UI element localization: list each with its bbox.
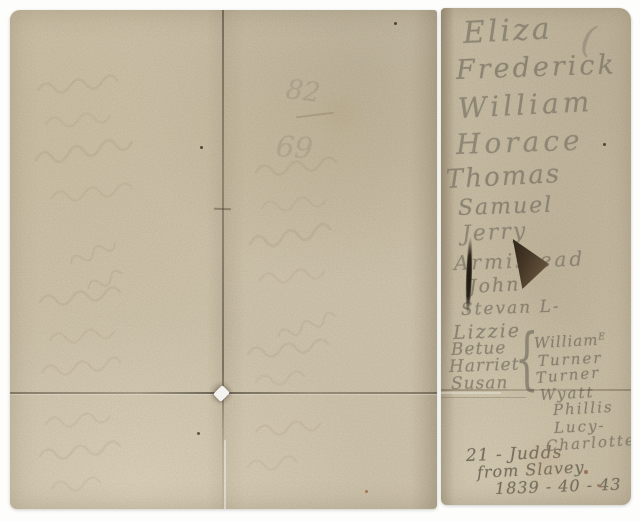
vertical-fold-light-gap: [224, 440, 226, 509]
right-panel-fold-secondary: [441, 397, 526, 398]
paper-stain: [511, 438, 581, 488]
paper-speck: [365, 490, 368, 493]
folded-sheet-right: Eliza ( Frederick William Horace Thomas …: [441, 8, 631, 505]
paper-speck: [197, 432, 200, 435]
folded-sheet-left: 82 69: [10, 10, 437, 509]
paper-speck: [200, 146, 203, 149]
vertical-fold-crease: [222, 10, 224, 509]
handwritten-name: Horace: [456, 127, 585, 159]
handwritten-name: William: [457, 88, 594, 123]
grantor-initial-superscript: E: [598, 331, 606, 342]
fold-tick-mark: [214, 208, 231, 211]
paper-speck: [394, 22, 397, 25]
paper-speck: [603, 143, 606, 146]
handwritten-name: John: [469, 275, 521, 297]
handwritten-name: Thomas: [445, 161, 561, 193]
right-panel-fold-highlight: [441, 392, 501, 394]
handwritten-name: Frederick: [456, 51, 618, 84]
right-panel-fold-crease: [441, 389, 631, 391]
handwritten-name: Phillis: [553, 400, 614, 418]
faint-number-bottom: 69: [275, 132, 314, 164]
paper-speck: [597, 484, 600, 487]
handwritten-name: Samuel: [458, 195, 554, 220]
handwritten-name: Stevan L-: [461, 299, 561, 319]
paper-stain: [310, 90, 370, 136]
handwritten-name: Eliza: [462, 14, 553, 49]
paper-speck: [584, 470, 588, 474]
manuscript-scan: 82 69 Eliza ( Frederick William Horace T…: [0, 0, 640, 521]
